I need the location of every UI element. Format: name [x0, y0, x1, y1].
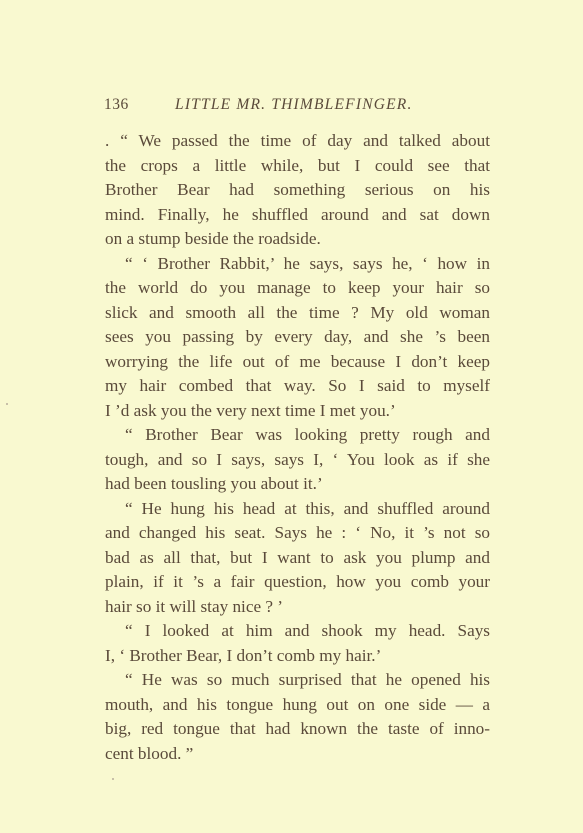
book-page: 136 LITTLE MR. THIMBLEFINGER. . “ We pas…	[0, 0, 583, 833]
text-line: “ ‘ Brother Rabbit,’ he says, says he, ‘…	[105, 252, 490, 277]
paragraph: “ ‘ Brother Rabbit,’ he says, says he, ‘…	[105, 252, 490, 424]
paragraph: “ He hung his head at this, and shuffled…	[105, 497, 490, 620]
text-line: slick and smooth all the time ? My old w…	[105, 301, 490, 326]
text-line: “ He hung his head at this, and shuffled…	[105, 497, 490, 522]
text-line: . “ We passed the time of day and talked…	[105, 129, 490, 154]
running-title: LITTLE MR. THIMBLEFINGER.	[175, 96, 413, 114]
body-text: . “ We passed the time of day and talked…	[105, 129, 490, 766]
text-line: big, red tongue that had known the taste…	[105, 717, 490, 742]
scan-speck	[112, 778, 114, 780]
text-line: bad as all that, but I want to ask you p…	[105, 546, 490, 571]
paragraph: . “ We passed the time of day and talked…	[105, 129, 490, 252]
text-line: on a stump beside the roadside.	[105, 227, 490, 252]
text-line: mind. Finally, he shuffled around and sa…	[105, 203, 490, 228]
text-line: Brother Bear had something serious on hi…	[105, 178, 490, 203]
text-line: “ I looked at him and shook my head. Say…	[105, 619, 490, 644]
text-line: and changed his seat. Says he : ‘ No, it…	[105, 521, 490, 546]
text-line: cent blood. ”	[105, 742, 490, 767]
text-line: tough, and so I says, says I, ‘ You look…	[105, 448, 490, 473]
text-line: my hair combed that way. So I said to my…	[105, 374, 490, 399]
text-line: the world do you manage to keep your hai…	[105, 276, 490, 301]
text-line: plain, if it ’s a fair question, how you…	[105, 570, 490, 595]
paragraph: “ He was so much surprised that he opene…	[105, 668, 490, 766]
running-head: 136 LITTLE MR. THIMBLEFINGER.	[104, 96, 494, 116]
page-number: 136	[104, 96, 129, 114]
text-line: I, ‘ Brother Bear, I don’t comb my hair.…	[105, 644, 490, 669]
text-line: mouth, and his tongue hung out on one si…	[105, 693, 490, 718]
text-line: “ Brother Bear was looking pretty rough …	[105, 423, 490, 448]
text-line: I ’d ask you the very next time I met yo…	[105, 399, 490, 424]
text-line: had been tousling you about it.’	[105, 472, 490, 497]
text-line: the crops a little while, but I could se…	[105, 154, 490, 179]
text-line: “ He was so much surprised that he opene…	[105, 668, 490, 693]
paragraph: “ I looked at him and shook my head. Say…	[105, 619, 490, 668]
scan-speck	[6, 403, 8, 405]
text-line: sees you passing by every day, and she ’…	[105, 325, 490, 350]
text-line: worrying the life out of me because I do…	[105, 350, 490, 375]
text-line: hair so it will stay nice ? ’	[105, 595, 490, 620]
paragraph: “ Brother Bear was looking pretty rough …	[105, 423, 490, 497]
